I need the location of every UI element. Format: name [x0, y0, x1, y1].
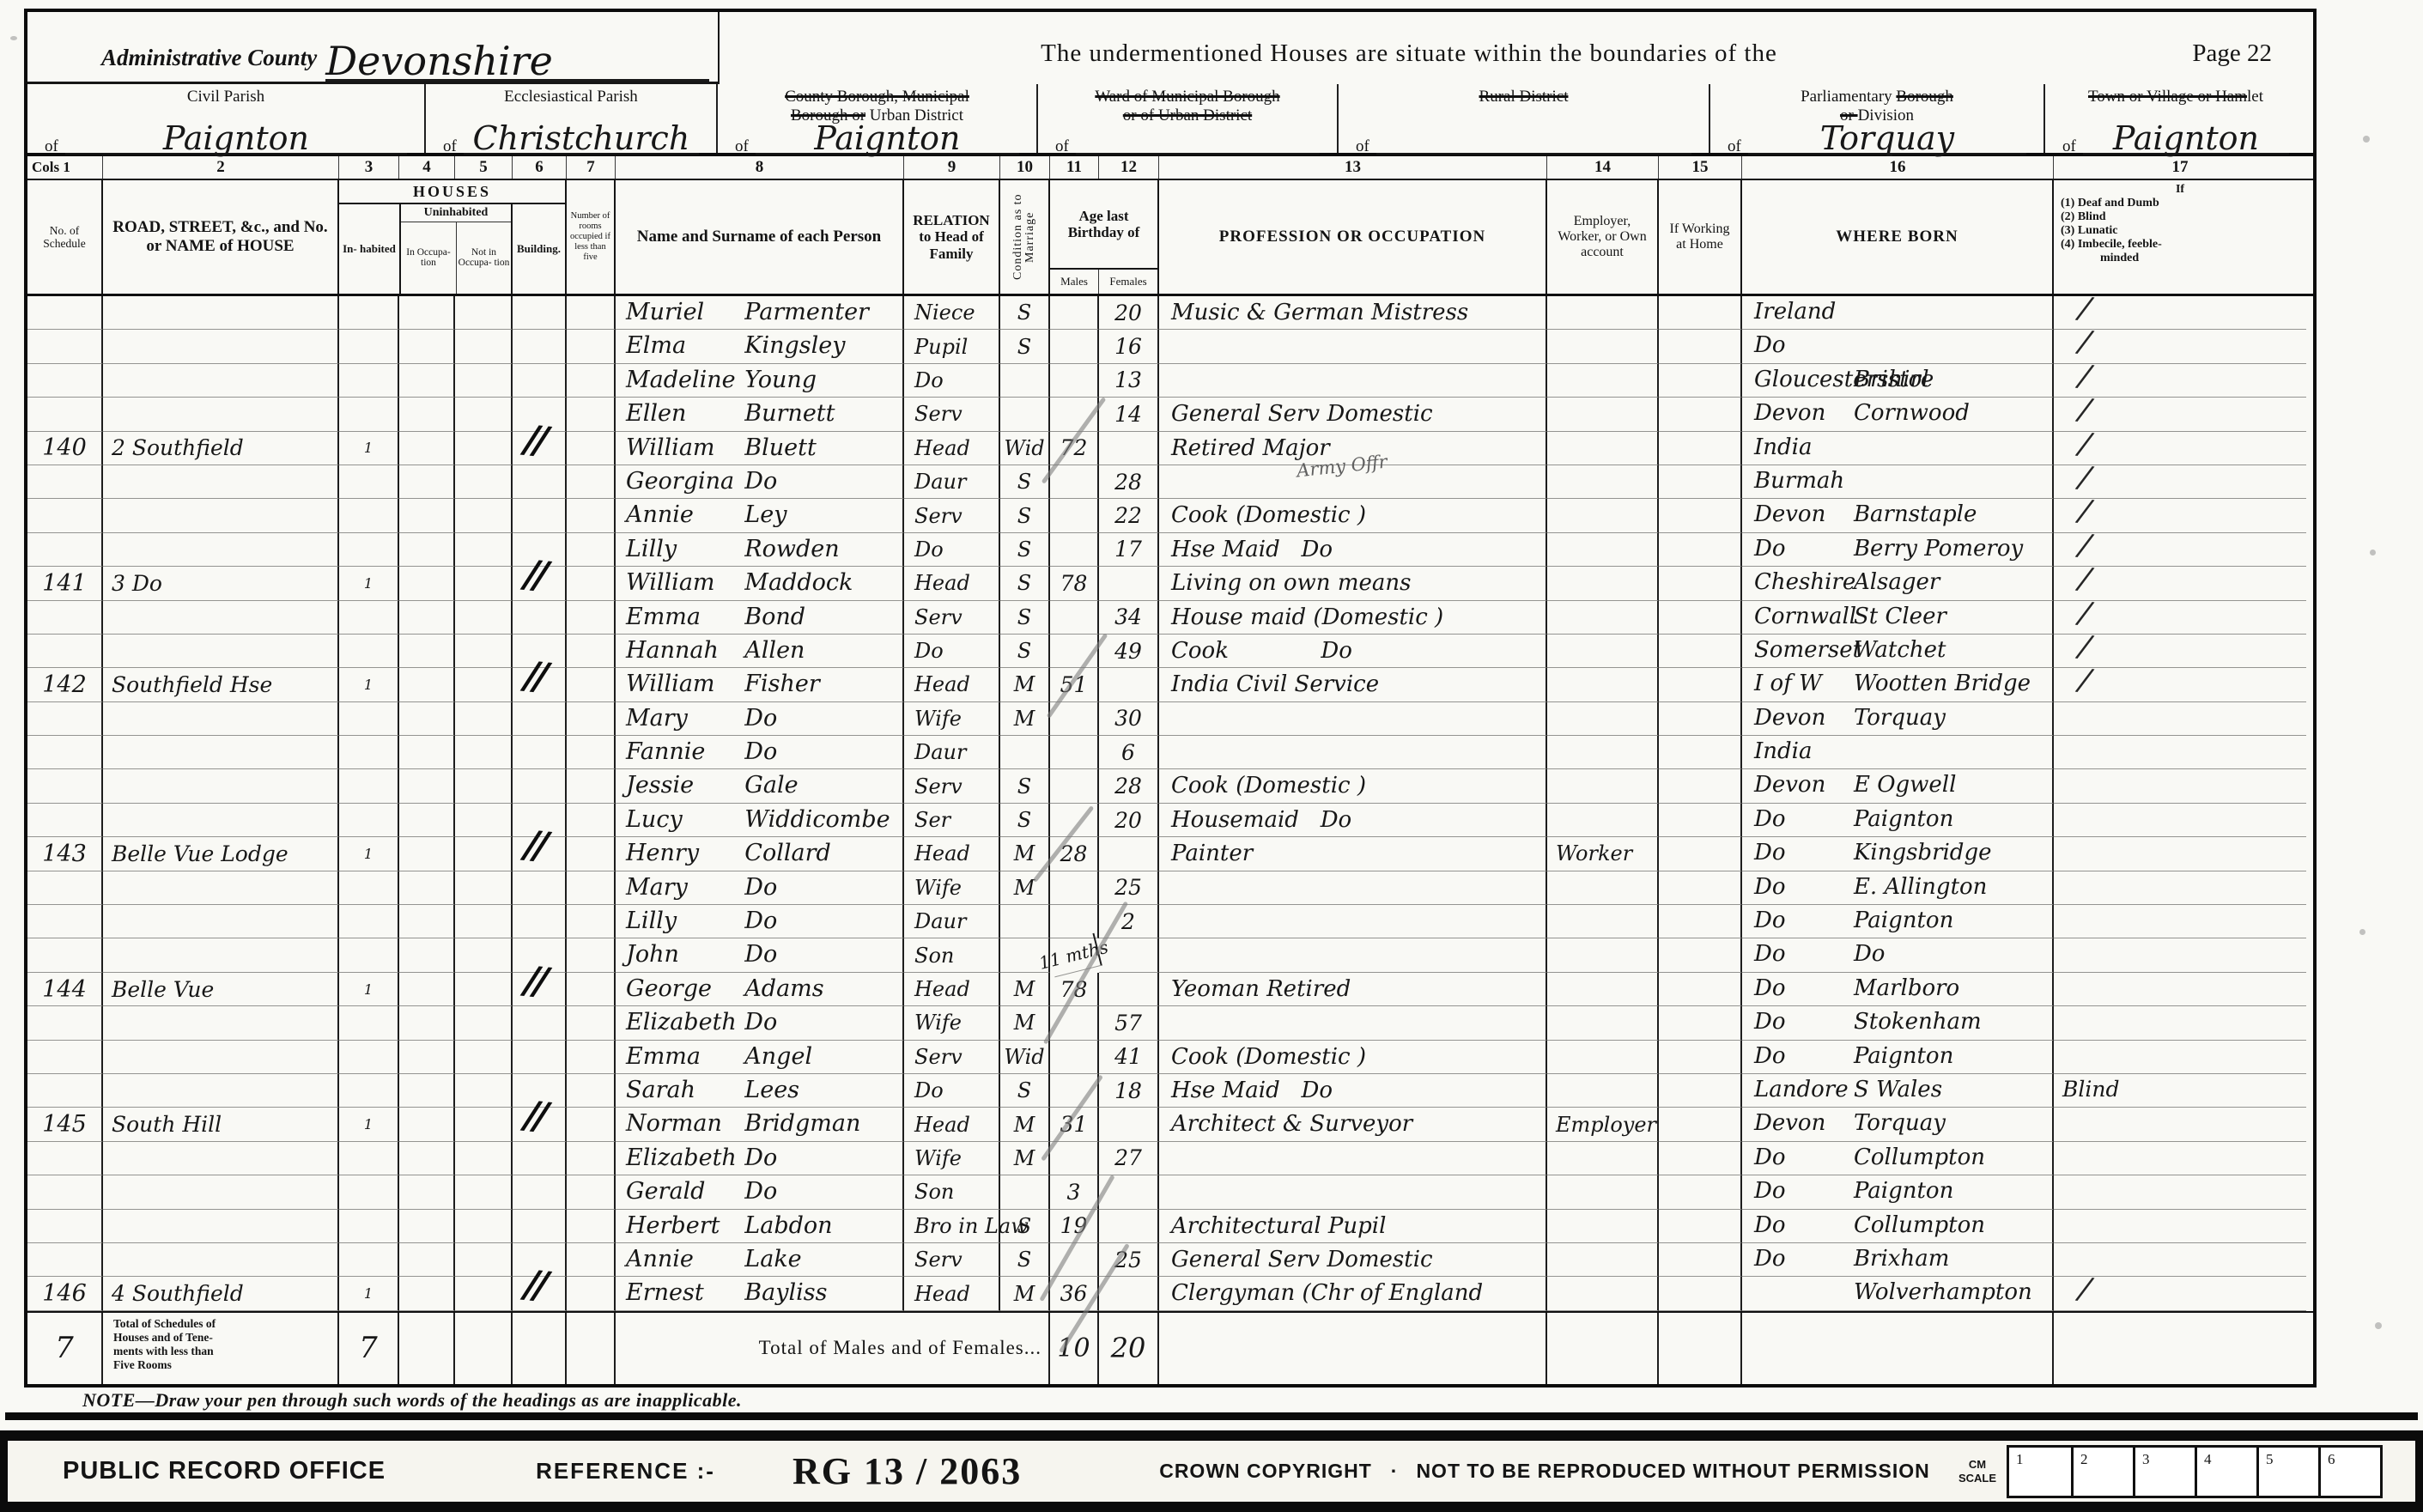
inhabited-mark: 1: [339, 668, 399, 701]
rooms-cell: [567, 668, 616, 701]
birth-county: Cornwall: [1754, 604, 1856, 629]
in-occupation-cell: [399, 1074, 455, 1108]
col-header-in-occupation: In Occupa- tion: [401, 222, 456, 294]
infirmity-cell: [2054, 1108, 2306, 1141]
person-surname: Bridgman: [744, 1110, 860, 1137]
census-row-10: EmmaBondServS34House maid (Domestic )Cor…: [27, 601, 2313, 635]
birth-place: Brixham: [1854, 1246, 1949, 1272]
rooms-cell: [567, 804, 616, 837]
boundary-field-label: Ward of Municipal Boroughor of Urban Dis…: [1038, 85, 1337, 124]
building-cell: [513, 736, 567, 769]
census-row-13: MaryDoWifeM30DevonTorquay: [27, 702, 2313, 736]
marital-condition: M: [1000, 668, 1050, 701]
label-line: Ecclesiastical Parish: [426, 88, 716, 106]
rooms-cell: [567, 364, 616, 398]
not-in-occupation-cell: [455, 296, 513, 330]
person-surname: Angel: [744, 1043, 812, 1070]
scale-mark-5: 5: [2256, 1448, 2318, 1496]
birth-place: Watchet: [1854, 637, 1946, 663]
building-cell: [513, 668, 567, 701]
not-in-occupation-cell: [455, 465, 513, 499]
in-occupation-cell: [399, 601, 455, 635]
household-separator-mark: [522, 552, 545, 598]
pen-tick-mark: [2077, 494, 2093, 530]
age-females: 34: [1099, 601, 1159, 635]
relation-to-head: Serv: [904, 1243, 1000, 1277]
marital-condition: S: [1000, 567, 1050, 600]
occupation-text: Architectural Pupil: [1171, 1213, 1386, 1239]
not-in-occupation-cell: [455, 736, 513, 769]
footer-separator-dot: ·: [1391, 1460, 1398, 1483]
age-females: 16: [1099, 330, 1159, 363]
not-in-occupation-cell: [455, 905, 513, 938]
label-line: County Borough, Municipal: [718, 88, 1036, 106]
working-at-home-cell: [1659, 364, 1742, 398]
paper-speck: [2375, 1322, 2382, 1329]
birth-county: Do: [1754, 1009, 1786, 1035]
where-born: DoPaignton: [1742, 804, 2054, 837]
age-females: 25: [1099, 871, 1159, 905]
employer-status: Employer: [1547, 1108, 1659, 1141]
person-surname: Young: [744, 367, 817, 393]
occupation-cell: Cook (Domestic ): [1159, 499, 1547, 532]
inhabited-mark: 1: [339, 1108, 399, 1141]
column-number-15: 15: [1659, 156, 1742, 179]
inhabited-mark: [339, 1175, 399, 1209]
boundary-field-ecclesiastical-parish: Ecclesiastical ParishofChristchurch: [424, 84, 716, 153]
census-row-11: HannahAllenDoS49Cook DoSomersetWatchet: [27, 635, 2313, 668]
marital-condition: M: [1000, 871, 1050, 905]
birth-place: Do: [1854, 941, 1886, 967]
person-surname: Widdicombe: [744, 806, 890, 833]
birth-place: Collumpton: [1854, 1212, 1985, 1238]
age-males: [1050, 769, 1099, 803]
schedule-number: 141: [27, 567, 103, 600]
birth-place: Paignton: [1854, 806, 1953, 832]
where-born: DevonBarnstaple: [1742, 499, 2054, 532]
occupation-text: House maid (Domestic ): [1171, 604, 1443, 630]
person-surname: Kingsley: [744, 332, 845, 359]
total-females-value: 20: [1099, 1313, 1159, 1384]
building-cell: [513, 1175, 567, 1209]
house-address: [103, 1210, 339, 1243]
birth-county: Do: [1754, 840, 1786, 865]
census-row-20: JohnDoSon11 mthsDoDo: [27, 938, 2313, 972]
pen-tick-mark: [2077, 561, 2093, 597]
birth-place: Cornwood: [1854, 400, 1970, 426]
inhabited-mark: [339, 871, 399, 905]
birth-place: S Wales: [1854, 1077, 1942, 1102]
age-females: [1099, 973, 1159, 1006]
house-address: Southfield Hse: [103, 668, 339, 701]
house-address: 4 Southfield: [103, 1277, 339, 1310]
working-at-home-cell: [1659, 804, 1742, 837]
age-females: [1099, 1108, 1159, 1141]
marital-condition: S: [1000, 601, 1050, 635]
working-at-home-cell: [1659, 938, 1742, 972]
person-name: JohnDo: [616, 938, 904, 972]
footer-strip: PUBLIC RECORD OFFICE REFERENCE :- RG 13 …: [8, 1441, 2415, 1502]
in-occupation-cell: [399, 330, 455, 363]
infirmity-cell: [2054, 1175, 2306, 1209]
person-forename: John: [626, 941, 679, 968]
census-row-22: ElizabethDoWifeM57DoStokenham: [27, 1006, 2313, 1040]
occupation-cell: Hse Maid Do: [1159, 1074, 1547, 1108]
birth-county: Devon: [1754, 501, 1825, 527]
birth-county: Do: [1754, 1145, 1786, 1170]
total-schedules-label: Total of Schedules ofHouses and of Tene-…: [103, 1313, 339, 1384]
house-address: [103, 1142, 339, 1175]
rooms-cell: [567, 736, 616, 769]
schedule-number: [27, 601, 103, 635]
col-header-relation: RELATION to Head of Family: [904, 180, 1000, 294]
census-row-9: 1413 Do1WilliamMaddockHeadS78Living on o…: [27, 567, 2313, 600]
person-name: AnnieLake: [616, 1243, 904, 1277]
birth-place: Bristol: [1854, 367, 1929, 392]
schedule-number: [27, 533, 103, 567]
col-header-inhabited: In- habited: [339, 204, 399, 294]
relation-to-head: Daur: [904, 736, 1000, 769]
column-number-3: 3: [339, 156, 399, 179]
rooms-cell: [567, 567, 616, 600]
person-forename: Emma: [626, 1043, 701, 1070]
building-cell: [513, 905, 567, 938]
employer-status: [1547, 736, 1659, 769]
label-segment: Ecclesiastical Parish: [504, 88, 638, 106]
employer-status: [1547, 938, 1659, 972]
scale-mark-6: 6: [2318, 1448, 2380, 1496]
not-in-occupation-cell: [455, 1175, 513, 1209]
pen-tick-mark: [2077, 358, 2093, 394]
totals-empty-cell: [567, 1313, 616, 1384]
occupation-cell: House maid (Domestic ): [1159, 601, 1547, 635]
census-row-28: HerbertLabdonBro in LawS19Architectural …: [27, 1210, 2313, 1243]
birth-county: Do: [1754, 1246, 1786, 1272]
in-occupation-cell: [399, 465, 455, 499]
employer-status: [1547, 364, 1659, 398]
birth-county: Landore: [1754, 1077, 1849, 1102]
in-occupation-cell: [399, 432, 455, 465]
working-at-home-cell: [1659, 601, 1742, 635]
household-separator-mark: [522, 653, 545, 699]
infirmity-cell: [2054, 973, 2306, 1006]
inhabited-mark: [339, 905, 399, 938]
column-number-11: 11: [1050, 156, 1099, 179]
relation-to-head: Wife: [904, 1006, 1000, 1040]
not-in-occupation-cell: [455, 804, 513, 837]
of-label: of: [45, 138, 58, 155]
rooms-cell: [567, 601, 616, 635]
working-at-home-cell: [1659, 296, 1742, 330]
marital-condition: S: [1000, 1210, 1050, 1243]
infirmity-cell: [2054, 736, 2306, 769]
person-forename: Georgina: [626, 468, 734, 495]
birth-county: Do: [1754, 975, 1786, 1001]
person-name: JessieGale: [616, 769, 904, 803]
col-header-houses-group: HOUSES In- habited Uninhabited In Occupa…: [339, 180, 567, 294]
age-males: [1050, 465, 1099, 499]
person-forename: William: [626, 434, 715, 461]
occupation-cell: [1159, 465, 1547, 499]
person-forename: Elizabeth: [626, 1009, 737, 1035]
occupation-text: Cook (Domestic ): [1171, 773, 1366, 799]
rooms-cell: [567, 432, 616, 465]
infirmity-cell: Blind: [2054, 1074, 2306, 1108]
occupation-cell: Architectural Pupil: [1159, 1210, 1547, 1243]
administrative-county-value: Devonshire: [325, 46, 709, 82]
occupation-cell: Retired MajorArmy Offr: [1159, 432, 1547, 465]
not-in-occupation-cell: [455, 871, 513, 905]
person-name: HerbertLabdon: [616, 1210, 904, 1243]
census-row-12: 142Southfield Hse1WilliamFisherHeadM51In…: [27, 668, 2313, 701]
schedule-number: [27, 871, 103, 905]
census-row-8: LillyRowdenDoS17Hse Maid DoDoBerry Pomer…: [27, 533, 2313, 567]
occupation-cell: [1159, 702, 1547, 736]
person-name: EllenBurnett: [616, 398, 904, 431]
schedule-number: [27, 702, 103, 736]
schedule-number: 142: [27, 668, 103, 701]
column-number-13: 13: [1159, 156, 1547, 179]
working-at-home-cell: [1659, 736, 1742, 769]
in-occupation-cell: [399, 533, 455, 567]
boundary-field-value: Christchurch: [464, 127, 699, 155]
building-cell: [513, 1142, 567, 1175]
census-row-6: GeorginaDoDaurS28Burmah: [27, 465, 2313, 499]
not-in-occupation-cell: [455, 938, 513, 972]
occupation-text: Cook (Domestic ): [1171, 1044, 1366, 1070]
pen-tick-mark: [2077, 595, 2093, 631]
age-females: 27: [1099, 1142, 1159, 1175]
house-address: [103, 905, 339, 938]
footer-office: PUBLIC RECORD OFFICE: [63, 1457, 386, 1485]
house-address: [103, 398, 339, 431]
person-surname: Allen: [744, 637, 805, 664]
employer-status: [1547, 1006, 1659, 1040]
person-surname: Adams: [744, 975, 823, 1002]
occupation-cell: [1159, 1175, 1547, 1209]
in-occupation-cell: [399, 1108, 455, 1141]
person-forename: Mary: [626, 874, 688, 901]
in-occupation-cell: [399, 1041, 455, 1074]
building-cell: [513, 871, 567, 905]
scale-mark-2: 2: [2071, 1448, 2133, 1496]
infirmity-cell: [2054, 601, 2306, 635]
person-name: FannieDo: [616, 736, 904, 769]
infirmity-cell: [2054, 398, 2306, 431]
where-born: CornwallSt Cleer: [1742, 601, 2054, 635]
building-cell: [513, 1041, 567, 1074]
person-forename: Lilly: [626, 536, 677, 562]
houses-group-title: HOUSES: [339, 180, 565, 204]
census-row-21: 144Belle Vue1GeorgeAdamsHeadM78Yeoman Re…: [27, 973, 2313, 1006]
occupation-cell: [1159, 1142, 1547, 1175]
of-label: of: [735, 138, 749, 155]
rooms-cell: [567, 938, 616, 972]
person-name: WilliamMaddock: [616, 567, 904, 600]
not-in-occupation-cell: [455, 499, 513, 532]
census-row-24: SarahLeesDoS18Hse Maid DoLandoreS WalesB…: [27, 1074, 2313, 1108]
house-address: Belle Vue: [103, 973, 339, 1006]
col-header-not-in-occupation: Not in Occupa- tion: [456, 222, 511, 294]
birth-county: Do: [1754, 806, 1786, 832]
employer-status: [1547, 668, 1659, 701]
relation-to-head: Wife: [904, 1142, 1000, 1175]
house-address: [103, 601, 339, 635]
birth-place: Paignton: [1854, 1178, 1953, 1204]
census-table: Cols 1234567891011121314151617 No. of Sc…: [27, 153, 2313, 1384]
boundary-field-town-village: Town or Village or HamletofPaignton: [2043, 84, 2306, 153]
totals-empty-cell: [399, 1313, 455, 1384]
birth-place: Paignton: [1854, 1043, 1953, 1069]
age-females: [1099, 1277, 1159, 1310]
headings-note: NOTE—Draw your pen through such words of…: [82, 1389, 742, 1412]
person-forename: Herbert: [626, 1212, 720, 1239]
person-forename: Muriel: [626, 299, 704, 325]
inhabited-mark: [339, 465, 399, 499]
paper-speck: [2359, 929, 2365, 935]
not-in-occupation-cell: [455, 533, 513, 567]
relation-to-head: Serv: [904, 499, 1000, 532]
birth-county: Do: [1754, 332, 1786, 358]
person-forename: Gerald: [626, 1178, 705, 1205]
schedule-number: 143: [27, 837, 103, 871]
column-number-12: 12: [1099, 156, 1159, 179]
age-males: [1050, 871, 1099, 905]
pen-tick-mark: [2077, 628, 2093, 665]
working-at-home-cell: [1659, 668, 1742, 701]
person-forename: Annie: [626, 1246, 694, 1272]
marital-condition: [1000, 398, 1050, 431]
occupation-cell: [1159, 938, 1547, 972]
boundary-field-label: County Borough, MunicipalBorough or Urba…: [718, 85, 1036, 124]
house-address: [103, 702, 339, 736]
not-in-occupation-cell: [455, 567, 513, 600]
household-separator-mark: [522, 1262, 545, 1308]
schedule-number: [27, 736, 103, 769]
household-separator-mark: [522, 958, 545, 1004]
age-group-title: Age last Birthday of: [1050, 180, 1157, 268]
census-row-29: AnnieLakeServS25General Serv DomesticDoB…: [27, 1243, 2313, 1277]
footer-reference-value: RG 13 / 2063: [792, 1449, 1022, 1493]
birth-county: Ireland: [1754, 299, 1836, 325]
totals-empty-cell: [513, 1313, 567, 1384]
person-name: WilliamBluett: [616, 432, 904, 465]
occupation-text: General Serv Domestic: [1171, 1247, 1433, 1272]
cm-scale-ruler: 123456: [2007, 1445, 2383, 1498]
schedule-number: [27, 938, 103, 972]
census-page-scan: Administrative County Devonshire The und…: [0, 0, 2423, 1512]
col-header-age-group: Age last Birthday of Males Females: [1050, 180, 1159, 294]
person-forename: Annie: [626, 501, 694, 528]
schedule-number: [27, 296, 103, 330]
house-address: South Hill: [103, 1108, 339, 1141]
building-cell: [513, 465, 567, 499]
person-forename: Lucy: [626, 806, 683, 833]
rooms-cell: [567, 1006, 616, 1040]
not-in-occupation-cell: [455, 973, 513, 1006]
page-number: Page 22: [2098, 12, 2313, 84]
col-header-employer: Employer, Worker, or Own account: [1547, 180, 1659, 294]
schedule-number: [27, 1006, 103, 1040]
rooms-cell: [567, 905, 616, 938]
age-males: [1050, 296, 1099, 330]
house-address: [103, 1175, 339, 1209]
marital-condition: S: [1000, 769, 1050, 803]
employer-status: [1547, 567, 1659, 600]
in-occupation-cell: [399, 296, 455, 330]
person-name: MurielParmenter: [616, 296, 904, 330]
where-born: Burmah: [1742, 465, 2054, 499]
not-in-occupation-cell: [455, 1243, 513, 1277]
not-in-occupation-cell: [455, 668, 513, 701]
label-segment: Borough: [1896, 88, 1953, 106]
occupation-cell: [1159, 871, 1547, 905]
boundary-field-ward: Ward of Municipal Boroughor of Urban Dis…: [1036, 84, 1337, 153]
employer-status: [1547, 1142, 1659, 1175]
not-in-occupation-cell: [455, 635, 513, 668]
rooms-cell: [567, 330, 616, 363]
occupation-cell: [1159, 330, 1547, 363]
working-at-home-cell: [1659, 1175, 1742, 1209]
census-row-16: LucyWiddicombeSerS20Housemaid DoDoPaignt…: [27, 804, 2313, 837]
age-females: 6: [1099, 736, 1159, 769]
age-females: 17: [1099, 533, 1159, 567]
boundary-field-value-row: of: [1339, 124, 1709, 155]
house-address: [103, 635, 339, 668]
boundary-field-value: Paignton: [756, 127, 1019, 155]
boundary-field-county-borough: County Borough, MunicipalBorough or Urba…: [716, 84, 1036, 153]
totals-empty-cell: [2054, 1313, 2306, 1384]
boundary-field-value: Paignton: [2083, 127, 2289, 155]
paper-speck: [2370, 550, 2376, 556]
label-line: Ward of Municipal Borough: [1038, 88, 1337, 106]
total-schedules-label-line: Houses and of Tene-: [113, 1331, 213, 1345]
where-born: DoBrixham: [1742, 1243, 2054, 1277]
in-occupation-cell: [399, 398, 455, 431]
occupation-text: Cook Do: [1171, 638, 1352, 664]
total-males-value: 10: [1050, 1313, 1099, 1384]
where-born: GloucestershireBristol: [1742, 364, 2054, 398]
birth-county: Do: [1754, 1178, 1786, 1204]
person-surname: Fisher: [744, 671, 820, 697]
person-name: EmmaBond: [616, 601, 904, 635]
employer-status: [1547, 1277, 1659, 1310]
relation-to-head: Head: [904, 837, 1000, 871]
infirmity-cell: [2054, 1142, 2306, 1175]
relation-to-head: Pupil: [904, 330, 1000, 363]
employer-status: [1547, 533, 1659, 567]
person-name: AnnieLey: [616, 499, 904, 532]
birth-county: Burmah: [1754, 468, 1844, 494]
age-females: [1099, 668, 1159, 701]
boundary-field-civil-parish: Civil ParishofPaignton: [27, 84, 424, 153]
where-born: DoPaignton: [1742, 1041, 2054, 1074]
label-line: or of Urban District: [1038, 106, 1337, 125]
occupation-cell: Cook (Domestic ): [1159, 769, 1547, 803]
uninhabited-title: Uninhabited: [401, 204, 511, 222]
label-segment: or of Urban District: [1123, 106, 1252, 124]
relation-to-head: Do: [904, 635, 1000, 668]
rooms-cell: [567, 296, 616, 330]
label-segment: Ward of Municipal Borough: [1095, 88, 1279, 106]
person-name: EmmaAngel: [616, 1041, 904, 1074]
boundary-fields-row: Civil ParishofPaigntonEcclesiastical Par…: [27, 84, 2313, 153]
col-header-schedule: No. of Schedule: [27, 180, 103, 294]
relation-to-head: Serv: [904, 601, 1000, 635]
age-males: [1050, 330, 1099, 363]
not-in-occupation-cell: [455, 1041, 513, 1074]
column-number-17: 17: [2054, 156, 2306, 179]
